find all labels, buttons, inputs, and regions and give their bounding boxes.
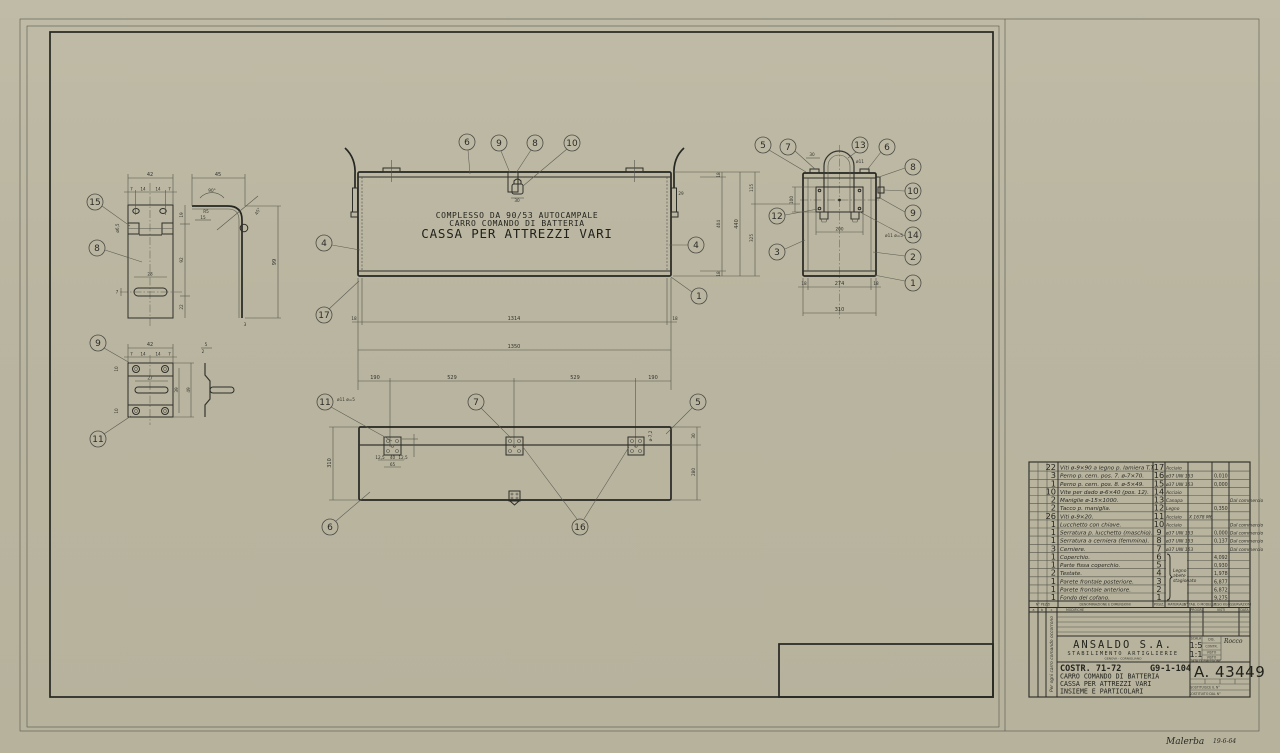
svg-text:529: 529 xyxy=(447,375,457,381)
svg-text:404: 404 xyxy=(716,220,721,228)
balloon-4-right: 4 xyxy=(688,237,704,253)
svg-text:N° TAB. O MODELLO: N° TAB. O MODELLO xyxy=(1184,603,1217,607)
svg-text:Acciaio: Acciaio xyxy=(1165,514,1182,520)
svg-text:14: 14 xyxy=(140,352,146,357)
svg-text:4: 4 xyxy=(693,241,699,251)
parts-row: 1 Parete frontale anteriore. 2 6,872 xyxy=(1051,584,1228,594)
hinge-icon xyxy=(506,437,523,455)
svg-text:18: 18 xyxy=(716,271,721,277)
svg-text:OSSERVAZIONI: OSSERVAZIONI xyxy=(1228,603,1252,607)
svg-text:18: 18 xyxy=(716,172,721,178)
balloon-9: 9 xyxy=(90,335,106,351)
svg-text:190: 190 xyxy=(648,375,658,381)
svg-text:6: 6 xyxy=(327,523,333,533)
balloon-9: 9 xyxy=(905,205,921,221)
svg-text:ø37 UNI 163: ø37 UNI 163 xyxy=(1165,531,1193,537)
svg-text:8: 8 xyxy=(94,244,100,254)
balloon-16: 16 xyxy=(572,519,588,535)
svg-text:Testate.: Testate. xyxy=(1060,571,1082,577)
balloon-8: 8 xyxy=(89,240,105,256)
svg-text:Tacco p. maniglia.: Tacco p. maniglia. xyxy=(1060,506,1111,512)
balloon-6: 6 xyxy=(879,139,895,155)
svg-text:R5: R5 xyxy=(203,209,209,214)
svg-text:14: 14 xyxy=(155,352,161,357)
svg-text:Parete frontale posteriore.: Parete frontale posteriore. xyxy=(1060,579,1134,585)
handle-rope-icon xyxy=(674,148,684,188)
svg-text:POSIZ.: POSIZ. xyxy=(1154,603,1165,607)
balloon-13: 13 xyxy=(852,137,868,153)
svg-text:14: 14 xyxy=(155,187,161,192)
svg-text:19-6-64: 19-6-64 xyxy=(1213,738,1236,745)
svg-text:49: 49 xyxy=(186,387,191,393)
parts-row: 1 Perno p. cern. pos. 8. ø-5×49. 15 ø37 … xyxy=(1051,478,1228,488)
balloon-8: 8 xyxy=(527,135,543,151)
balloon-12: 12 xyxy=(769,208,785,224)
svg-text:6: 6 xyxy=(884,143,890,153)
svg-text:6,877: 6,877 xyxy=(1214,579,1228,585)
svg-text:6,872: 6,872 xyxy=(1214,587,1228,593)
parts-row: 3 Perno p. cern. pos. 7. ø-7×70. 16 ø37 … xyxy=(1051,470,1228,480)
svg-text:8: 8 xyxy=(532,139,538,149)
svg-text:DIS.: DIS. xyxy=(1208,638,1214,642)
svg-text:10: 10 xyxy=(114,408,119,414)
title-block: a b c MODIFICHE PROGR. VISTI DATA Per og… xyxy=(1029,608,1265,698)
company-name: ANSALDO S.A. xyxy=(1073,639,1173,651)
balloon-2: 2 xyxy=(905,249,921,265)
svg-text:200: 200 xyxy=(836,227,844,232)
balloon-1: 1 xyxy=(691,288,707,304)
svg-text:280: 280 xyxy=(691,468,696,476)
svg-text:99: 99 xyxy=(272,259,278,265)
svg-text:0,930: 0,930 xyxy=(1214,563,1228,569)
svg-text:2: 2 xyxy=(202,349,205,354)
svg-text:1350: 1350 xyxy=(508,344,521,350)
svg-text:12,5: 12,5 xyxy=(375,455,385,460)
svg-text:DENOMINAZIONE E DIMENSIONI: DENOMINAZIONE E DIMENSIONI xyxy=(1079,603,1130,607)
svg-text:Acciaio: Acciaio xyxy=(1165,490,1182,496)
svg-text:115: 115 xyxy=(749,184,754,192)
svg-text:10: 10 xyxy=(566,139,578,149)
svg-text:Cerniere.: Cerniere. xyxy=(1060,547,1086,553)
svg-text:Dal commercio: Dal commercio xyxy=(1230,547,1263,553)
svg-text:7: 7 xyxy=(116,290,119,295)
svg-text:ø6,5: ø6,5 xyxy=(115,223,120,233)
svg-text:Acciaio: Acciaio xyxy=(1165,522,1182,528)
svg-text:310: 310 xyxy=(327,458,333,468)
svg-text:MATERIALE: MATERIALE xyxy=(1168,603,1186,607)
svg-text:VISTI: VISTI xyxy=(1217,608,1225,612)
svg-text:0,137: 0,137 xyxy=(1214,539,1228,545)
svg-text:3: 3 xyxy=(244,322,247,327)
svg-text:18: 18 xyxy=(801,281,807,286)
svg-text:SOSTITUITO DAL N°: SOSTITUITO DAL N° xyxy=(1189,692,1221,696)
svg-text:Viti ø-9×20.: Viti ø-9×20. xyxy=(1060,514,1094,520)
balloon-3: 3 xyxy=(769,244,785,260)
hinge-icon xyxy=(384,437,401,455)
svg-text:7: 7 xyxy=(130,352,133,357)
svg-text:SCALA: SCALA xyxy=(1191,637,1202,641)
svg-text:5: 5 xyxy=(760,141,766,151)
svg-text:0,000: 0,000 xyxy=(1214,531,1228,537)
svg-text:Parte fissa coperchio.: Parte fissa coperchio. xyxy=(1060,563,1121,569)
svg-text:Maniglie ø-15×1000.: Maniglie ø-15×1000. xyxy=(1060,498,1119,504)
svg-text:28: 28 xyxy=(147,272,153,277)
svg-text:18: 18 xyxy=(873,281,879,286)
svg-text:12,5: 12,5 xyxy=(398,455,408,460)
svg-text:N° PEZZI: N° PEZZI xyxy=(1036,603,1050,607)
svg-text:29: 29 xyxy=(678,191,684,196)
svg-text:14: 14 xyxy=(140,187,146,192)
sheet-frame xyxy=(20,19,1259,731)
svg-text:DATA: DATA xyxy=(1240,608,1249,612)
svg-text:325: 325 xyxy=(749,234,754,242)
handle-rope-icon xyxy=(345,148,355,188)
balloon-14: 14 xyxy=(905,227,921,243)
svg-text:7: 7 xyxy=(473,398,479,408)
balloon-1: 1 xyxy=(905,275,921,291)
end-view: 30 ø11 200 100 18 274 18 310 ø11 ø=5 5 xyxy=(755,137,921,320)
svg-text:stagionato: stagionato xyxy=(1173,578,1197,584)
svg-text:VISTO: VISTO xyxy=(1207,651,1217,655)
hinge-icon xyxy=(628,437,644,455)
svg-text:30: 30 xyxy=(691,433,696,439)
handle-rope-icon xyxy=(824,151,854,212)
parts-row: 2 Tacco p. maniglia. 12 Legno 0,350 xyxy=(1051,503,1228,513)
svg-text:30: 30 xyxy=(514,198,520,203)
latch-icon xyxy=(508,172,518,192)
svg-text:ø11: ø11 xyxy=(856,159,864,164)
svg-text:Perno p. cern. pos. 7. ø-7×70.: Perno p. cern. pos. 7. ø-7×70. xyxy=(1060,474,1144,480)
svg-text:190: 190 xyxy=(370,375,380,381)
svg-text:INSIEME E PARTICOLARI: INSIEME E PARTICOLARI xyxy=(1060,688,1143,696)
svg-text:22: 22 xyxy=(179,304,184,310)
front-view: 30 COMPLESSO DA 90/53 AUTOCAMPALE CARRO … xyxy=(316,134,800,447)
svg-text:100: 100 xyxy=(789,196,794,204)
svg-text:SOSTITUISCE IL N°: SOSTITUISCE IL N° xyxy=(1190,686,1220,690)
svg-text:1: 1 xyxy=(696,292,702,302)
svg-text:11: 11 xyxy=(319,398,330,408)
scale-primary: 1:5 xyxy=(1190,641,1203,650)
parts-row: 2 Testate. 4 1,978 xyxy=(1051,568,1228,578)
technical-drawing-sheet: 42 7 14 14 7 45 90° R5 15 45° 19 92 22 2… xyxy=(0,0,1280,753)
svg-text:9,275: 9,275 xyxy=(1214,596,1228,602)
balloon-5: 5 xyxy=(755,137,771,153)
svg-text:Parete frontale anteriore.: Parete frontale anteriore. xyxy=(1060,587,1131,593)
svg-text:0,000: 0,000 xyxy=(1214,482,1228,488)
svg-text:Serratura p. lucchetto (maschi: Serratura p. lucchetto (maschio). xyxy=(1060,531,1153,537)
svg-text:X 1678 M6: X 1678 M6 xyxy=(1188,514,1213,520)
svg-text:42: 42 xyxy=(147,342,153,348)
approval-signature: Rocco xyxy=(1223,638,1243,645)
svg-text:45°: 45° xyxy=(254,207,262,216)
svg-text:90°: 90° xyxy=(208,188,215,193)
svg-text:13: 13 xyxy=(854,141,865,151)
side-note: Per ogni carro comando occorrono xyxy=(1049,616,1055,692)
svg-text:9: 9 xyxy=(496,139,502,149)
balloon-11: 11 xyxy=(90,431,106,447)
svg-text:8: 8 xyxy=(910,163,916,173)
balloon-6: 6 xyxy=(459,134,475,150)
svg-text:30: 30 xyxy=(809,152,815,157)
balloon-4-left: 4 xyxy=(316,235,332,251)
svg-text:ø37 UNI 163: ø37 UNI 163 xyxy=(1165,474,1193,480)
svg-text:0,010: 0,010 xyxy=(1214,474,1228,480)
svg-text:7: 7 xyxy=(130,187,133,192)
svg-text:10: 10 xyxy=(907,187,919,197)
svg-text:4,092: 4,092 xyxy=(1214,555,1228,561)
latch-icon xyxy=(509,491,520,505)
svg-text:Coperchio.: Coperchio. xyxy=(1060,555,1090,561)
svg-text:Vite per dado ø-6×40 (pos. 12): Vite per dado ø-6×40 (pos. 12). xyxy=(1060,490,1149,496)
svg-text:9: 9 xyxy=(95,339,101,349)
svg-text:7: 7 xyxy=(168,352,171,357)
svg-text:529: 529 xyxy=(570,375,580,381)
svg-text:27: 27 xyxy=(147,376,153,381)
svg-text:1: 1 xyxy=(1156,592,1161,602)
svg-text:MODIFICHE: MODIFICHE xyxy=(1066,608,1084,612)
svg-text:Malerba: Malerba xyxy=(1165,737,1204,747)
svg-text:Dal commercio: Dal commercio xyxy=(1230,531,1263,537)
svg-text:10: 10 xyxy=(114,366,119,372)
svg-text:1,978: 1,978 xyxy=(1214,571,1228,577)
svg-text:Lucchetto con chiave.: Lucchetto con chiave. xyxy=(1060,522,1122,528)
svg-text:440: 440 xyxy=(734,219,740,229)
svg-text:Dal commercio: Dal commercio xyxy=(1230,539,1263,545)
svg-text:b: b xyxy=(1041,608,1043,612)
svg-text:6: 6 xyxy=(464,138,470,148)
svg-text:19: 19 xyxy=(179,212,184,218)
svg-text:45: 45 xyxy=(215,172,221,178)
balloon-11: 11 xyxy=(317,394,333,410)
mounting-hole xyxy=(133,209,139,214)
svg-text:92: 92 xyxy=(179,257,184,263)
balloon-7: 7 xyxy=(468,394,484,410)
svg-text:2: 2 xyxy=(910,253,916,263)
svg-text:65: 65 xyxy=(390,462,396,467)
svg-text:42: 42 xyxy=(147,172,153,178)
drawing-number: A. 43449 xyxy=(1194,663,1265,681)
svg-text:1: 1 xyxy=(1051,592,1056,602)
svg-text:ø37 UNI 163: ø37 UNI 163 xyxy=(1165,539,1193,545)
svg-text:Fondo del cofano.: Fondo del cofano. xyxy=(1060,596,1110,602)
svg-text:c: c xyxy=(1051,608,1053,612)
balloon-5: 5 xyxy=(690,394,706,410)
svg-text:ø37 UNI 163: ø37 UNI 163 xyxy=(1165,482,1193,488)
balloon-8: 8 xyxy=(905,159,921,175)
balloon-15: 15 xyxy=(87,194,103,210)
svg-text:1314: 1314 xyxy=(508,316,521,322)
svg-text:ø-7,2: ø-7,2 xyxy=(648,430,653,441)
scale-secondary: 1:1 xyxy=(1190,650,1203,659)
svg-text:Viti ø-9×90 a legno p. lamiera: Viti ø-9×90 a legno p. lamiera T.T. xyxy=(1060,466,1155,472)
empty-notes-box xyxy=(779,644,993,697)
svg-text:5: 5 xyxy=(205,342,208,347)
svg-text:Legno: Legno xyxy=(1166,506,1180,512)
balloon-9: 9 xyxy=(491,135,507,151)
svg-text:0,350: 0,350 xyxy=(1214,506,1228,512)
svg-text:Serratura a cerniera (femmina): Serratura a cerniera (femmina). xyxy=(1060,539,1150,545)
svg-text:Dal commercio: Dal commercio xyxy=(1230,522,1263,528)
svg-text:ø11 ø=5: ø11 ø=5 xyxy=(337,397,355,402)
svg-text:PESO KG: PESO KG xyxy=(1213,603,1228,607)
svg-text:18: 18 xyxy=(672,316,678,321)
svg-text:GENOVA - CORNIGLIANO: GENOVA - CORNIGLIANO xyxy=(1105,657,1143,661)
balloon-10: 10 xyxy=(564,135,580,151)
svg-text:7: 7 xyxy=(168,187,171,192)
svg-text:14: 14 xyxy=(907,231,919,241)
svg-text:5: 5 xyxy=(695,398,701,408)
svg-text:17: 17 xyxy=(318,311,329,321)
latch-detail: 42 7 14 14 7 27 5 2 39 49 10 10 9 11 xyxy=(90,335,234,447)
svg-text:CONTR.: CONTR. xyxy=(1205,645,1217,649)
svg-text:ø37 UNI 163: ø37 UNI 163 xyxy=(1165,547,1193,553)
svg-text:Perno p. cern. pos. 8. ø-5×49.: Perno p. cern. pos. 8. ø-5×49. xyxy=(1060,482,1144,488)
svg-text:Canapa: Canapa xyxy=(1166,498,1183,504)
svg-text:9: 9 xyxy=(910,209,916,219)
parts-row: 1 Coperchio. 6 4,092 xyxy=(1051,551,1228,561)
svg-text:7: 7 xyxy=(785,143,791,153)
svg-text:PROGR.: PROGR. xyxy=(1190,608,1202,612)
svg-text:16: 16 xyxy=(574,523,586,533)
svg-text:a: a xyxy=(1033,608,1035,612)
parts-row: 1 Parte fissa coperchio. 5 0,930 xyxy=(1051,560,1228,570)
sheet-signature: Malerba 19-6-64 xyxy=(1165,737,1236,747)
balloon-17: 17 xyxy=(316,307,332,323)
hinge-detail: 42 7 14 14 7 45 90° R5 15 45° 19 92 22 2… xyxy=(87,172,281,327)
svg-text:39: 39 xyxy=(174,387,179,393)
svg-text:15: 15 xyxy=(200,215,206,220)
svg-text:15: 15 xyxy=(89,198,100,208)
svg-text:1: 1 xyxy=(910,279,916,289)
drawing-title: CASSA PER ATTREZZI VARI xyxy=(421,226,613,241)
svg-text:40: 40 xyxy=(390,455,396,460)
svg-text:274: 274 xyxy=(835,281,845,287)
balloon-10: 10 xyxy=(905,183,921,199)
top-view: 12,5 40 12,5 65 ø11 ø=5 ø-7,2 310 30 280… xyxy=(317,394,706,535)
svg-text:4: 4 xyxy=(321,239,327,249)
svg-text:18: 18 xyxy=(351,316,357,321)
svg-text:12: 12 xyxy=(771,212,782,222)
balloon-6: 6 xyxy=(322,519,338,535)
parts-row: 1 Parete frontale posteriore. 3 6,877 xyxy=(1051,576,1228,586)
svg-text:310: 310 xyxy=(835,307,845,313)
svg-text:Acciaio: Acciaio xyxy=(1165,466,1182,472)
svg-text:11: 11 xyxy=(92,435,103,445)
svg-text:3: 3 xyxy=(774,248,780,258)
balloon-7: 7 xyxy=(780,139,796,155)
svg-text:Dal commercio: Dal commercio xyxy=(1230,498,1263,504)
